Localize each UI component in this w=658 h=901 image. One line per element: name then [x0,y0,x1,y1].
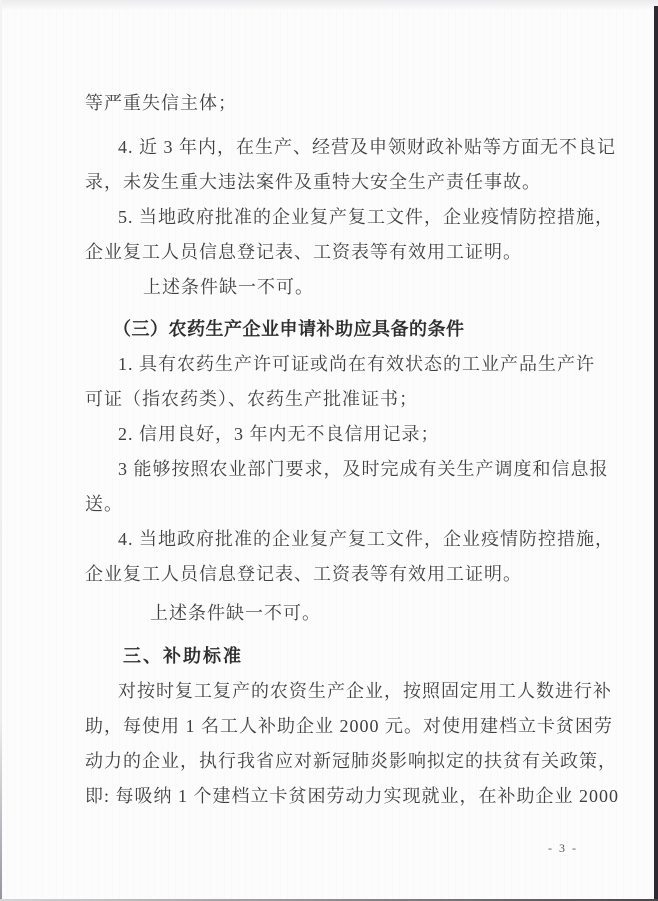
text-line: 录，未发生重大违法案件及重特大安全生产责任事故。 [85,165,579,200]
text-line: 企业复工人员信息登记表、工资表等有效用工证明。 [85,235,579,270]
text-line: 4. 近 3 年内，在生产、经营及申领财政补贴等方面无不良记 [85,130,579,165]
page-number: - 3 - [548,841,578,856]
text-line: 助，每使用 1 名工人补助企业 2000 元。对使用建档立卡贫困劳 [85,709,579,744]
section-heading: 三、补助标准 [85,639,579,674]
text-line: 1. 具有农药生产许可证或尚在有效状态的工业产品生产许 [85,347,579,382]
scan-right-edge [654,6,658,901]
section-heading: （三）农药生产企业申请补助应具备的条件 [85,312,579,347]
text-line: 可证（指农药类）、农药生产批准证书； [85,382,579,417]
text-line: 上述条件缺一不可。 [85,270,579,305]
text-line: 5. 当地政府批准的企业复产复工文件，企业疫情防控措施， [85,200,579,235]
text-line: 动力的企业，执行我省应对新冠肺炎影响拟定的扶贫有关政策， [85,744,579,779]
scanned-document-page: { "document": { "lines": [ { "text": "等严… [0,0,658,901]
text-line: 即: 每吸纳 1 个建档立卡贫困劳动力实现就业，在补助企业 2000 [85,779,579,814]
text-line: 送。 [85,487,579,522]
text-line: 3 能够按照农业部门要求，及时完成有关生产调度和信息报 [85,452,579,487]
scan-left-edge [0,0,2,901]
scan-top-edge [0,0,658,10]
text-line: 企业复工人员信息登记表、工资表等有效用工证明。 [85,557,579,592]
text-line: 对按时复工复产的农资生产企业，按照固定用工人数进行补 [85,674,579,709]
text-line: 等严重失信主体； [85,86,579,121]
text-line: 2. 信用良好，3 年内无不良信用记录； [85,417,579,452]
text-line: 上述条件缺一不可。 [85,596,579,631]
text-line: 4. 当地政府批准的企业复产复工文件，企业疫情防控措施， [85,522,579,557]
document-body: 等严重失信主体； 4. 近 3 年内，在生产、经营及申领财政补贴等方面无不良记 … [85,86,579,814]
